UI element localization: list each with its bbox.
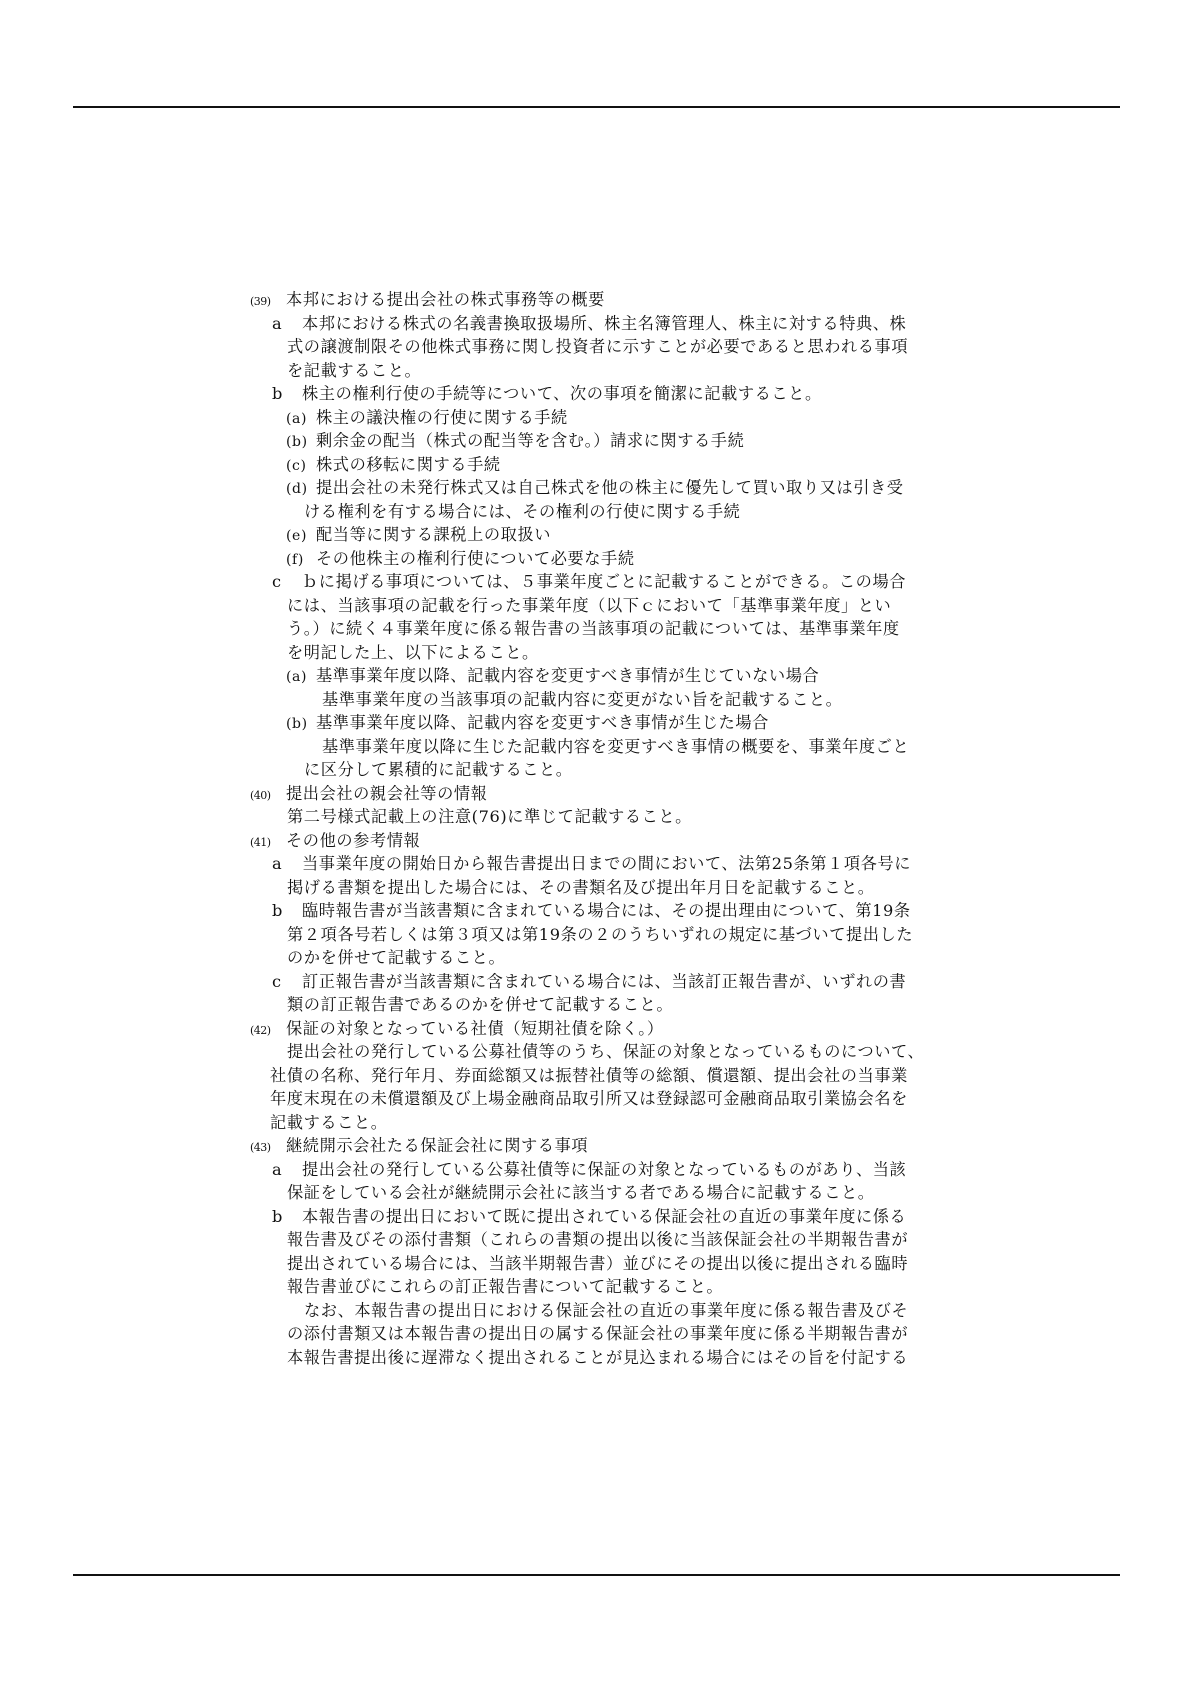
- text-line: 社債の名称、発行年月、券面総額又は振替社債等の総額、償還額、提出会社の当事業: [270, 1064, 908, 1088]
- text-line: 第２項各号若しくは第３項又は第19条の２のうちいずれの規定に基づいて提出した: [287, 923, 913, 947]
- text-line: 報告書並びにこれらの訂正報告書について記載すること。: [287, 1275, 723, 1299]
- text-line: 掲げる書類を提出した場合には、その書類名及び提出年月日を記載すること。: [287, 876, 875, 900]
- sub-item: (b)基準事業年度以降、記載内容を変更すべき事情が生じた場合: [286, 711, 769, 735]
- text-line: のかを併せて記載すること。: [287, 946, 505, 970]
- sub-item: (c)株式の移転に関する手続: [286, 453, 501, 477]
- list-item: c訂正報告書が当該書類に含まれている場合には、当該訂正報告書が、いずれの書: [272, 970, 906, 994]
- sub-item: (f)その他株主の権利行使について必要な手続: [286, 547, 635, 571]
- text-line: 第二号様式記載上の注意(76)に準じて記載すること。: [287, 805, 692, 829]
- text-line: 類の訂正報告書であるのかを併せて記載すること。: [287, 993, 673, 1017]
- section-heading: (42)保証の対象となっている社債（短期社債を除く。）: [250, 1017, 664, 1041]
- list-item: a提出会社の発行している公募社債等に保証の対象となっているものがあり、当該: [272, 1158, 906, 1182]
- text-line: 本報告書提出後に遅滞なく提出されることが見込まれる場合にはその旨を付記する: [287, 1346, 908, 1370]
- text-line: 報告書及びその添付書類（これらの書類の提出以後に当該保証会社の半期報告書が: [287, 1228, 908, 1252]
- list-item: a当事業年度の開始日から報告書提出日までの間において、法第25条第１項各号に: [272, 852, 911, 876]
- sub-item: (d)提出会社の未発行株式又は自己株式を他の株主に優先して買い取り又は引き受: [286, 476, 904, 500]
- text-line: 保証をしている会社が継続開示会社に該当する者である場合に記載すること。: [287, 1181, 875, 1205]
- list-item: b株主の権利行使の手続等について、次の事項を簡潔に記載すること。: [272, 382, 822, 406]
- text-line: 基準事業年度の当該事項の記載内容に変更がない旨を記載すること。: [322, 688, 842, 712]
- header-rule: [73, 106, 1120, 108]
- sub-item: (a)株主の議決権の行使に関する手続: [286, 406, 568, 430]
- text-line: に区分して累積的に記載すること。: [304, 758, 573, 782]
- section-heading: (41)その他の参考情報: [250, 829, 420, 853]
- section-heading: (40)提出会社の親会社等の情報: [250, 782, 487, 806]
- list-item: b臨時報告書が当該書類に含まれている場合には、その提出理由について、第19条: [272, 899, 911, 923]
- section-heading: (39)本邦における提出会社の株式事務等の概要: [250, 288, 605, 312]
- text-line: の添付書類又は本報告書の提出日の属する保証会社の事業年度に係る半期報告書が: [287, 1322, 908, 1346]
- list-item: b本報告書の提出日において既に提出されている保証会社の直近の事業年度に係る: [272, 1205, 906, 1229]
- text-line: を記載すること。: [287, 359, 421, 383]
- text-line: ける権利を有する場合には、その権利の行使に関する手続: [304, 500, 740, 524]
- text-line: う。）に続く４事業年度に係る報告書の当該事項の記載については、基準事業年度: [287, 617, 900, 641]
- text-line: を明記した上、以下によること。: [287, 641, 539, 665]
- sub-item: (e)配当等に関する課税上の取扱い: [286, 523, 551, 547]
- text-line: 年度末現在の未償還額及び上場金融商品取引所又は登録認可金融商品取引業協会名を: [270, 1087, 908, 1111]
- list-item: cｂに掲げる事項については、５事業年度ごとに記載することができる。この場合: [272, 570, 906, 594]
- text-line: 基準事業年度以降に生じた記載内容を変更すべき事情の概要を、事業年度ごと: [322, 735, 909, 759]
- text-line: には、当該事項の記載を行った事業年度（以下ｃにおいて「基準事業年度」とい: [287, 594, 891, 618]
- section-heading: (43)継続開示会社たる保証会社に関する事項: [250, 1134, 588, 1158]
- sub-item: (a)基準事業年度以降、記載内容を変更すべき事情が生じていない場合: [286, 664, 819, 688]
- text-line: 記載すること。: [270, 1111, 388, 1135]
- sub-item: (b)剰余金の配当（株式の配当等を含む。）請求に関する手続: [286, 429, 744, 453]
- text-line: 提出されている場合には、当該半期報告書）並びにその提出以後に提出される臨時: [287, 1252, 908, 1276]
- list-item: a本邦における株式の名義書換取扱場所、株主名簿管理人、株主に対する特典、株: [272, 312, 906, 336]
- text-line: なお、本報告書の提出日における保証会社の直近の事業年度に係る報告書及びそ: [304, 1299, 908, 1323]
- footer-rule: [73, 1574, 1120, 1576]
- text-line: 提出会社の発行している公募社債等のうち、保証の対象となっているものについて、: [287, 1040, 924, 1064]
- text-line: 式の譲渡制限その他株式事務に関し投資者に示すことが必要であると思われる事項: [287, 335, 908, 359]
